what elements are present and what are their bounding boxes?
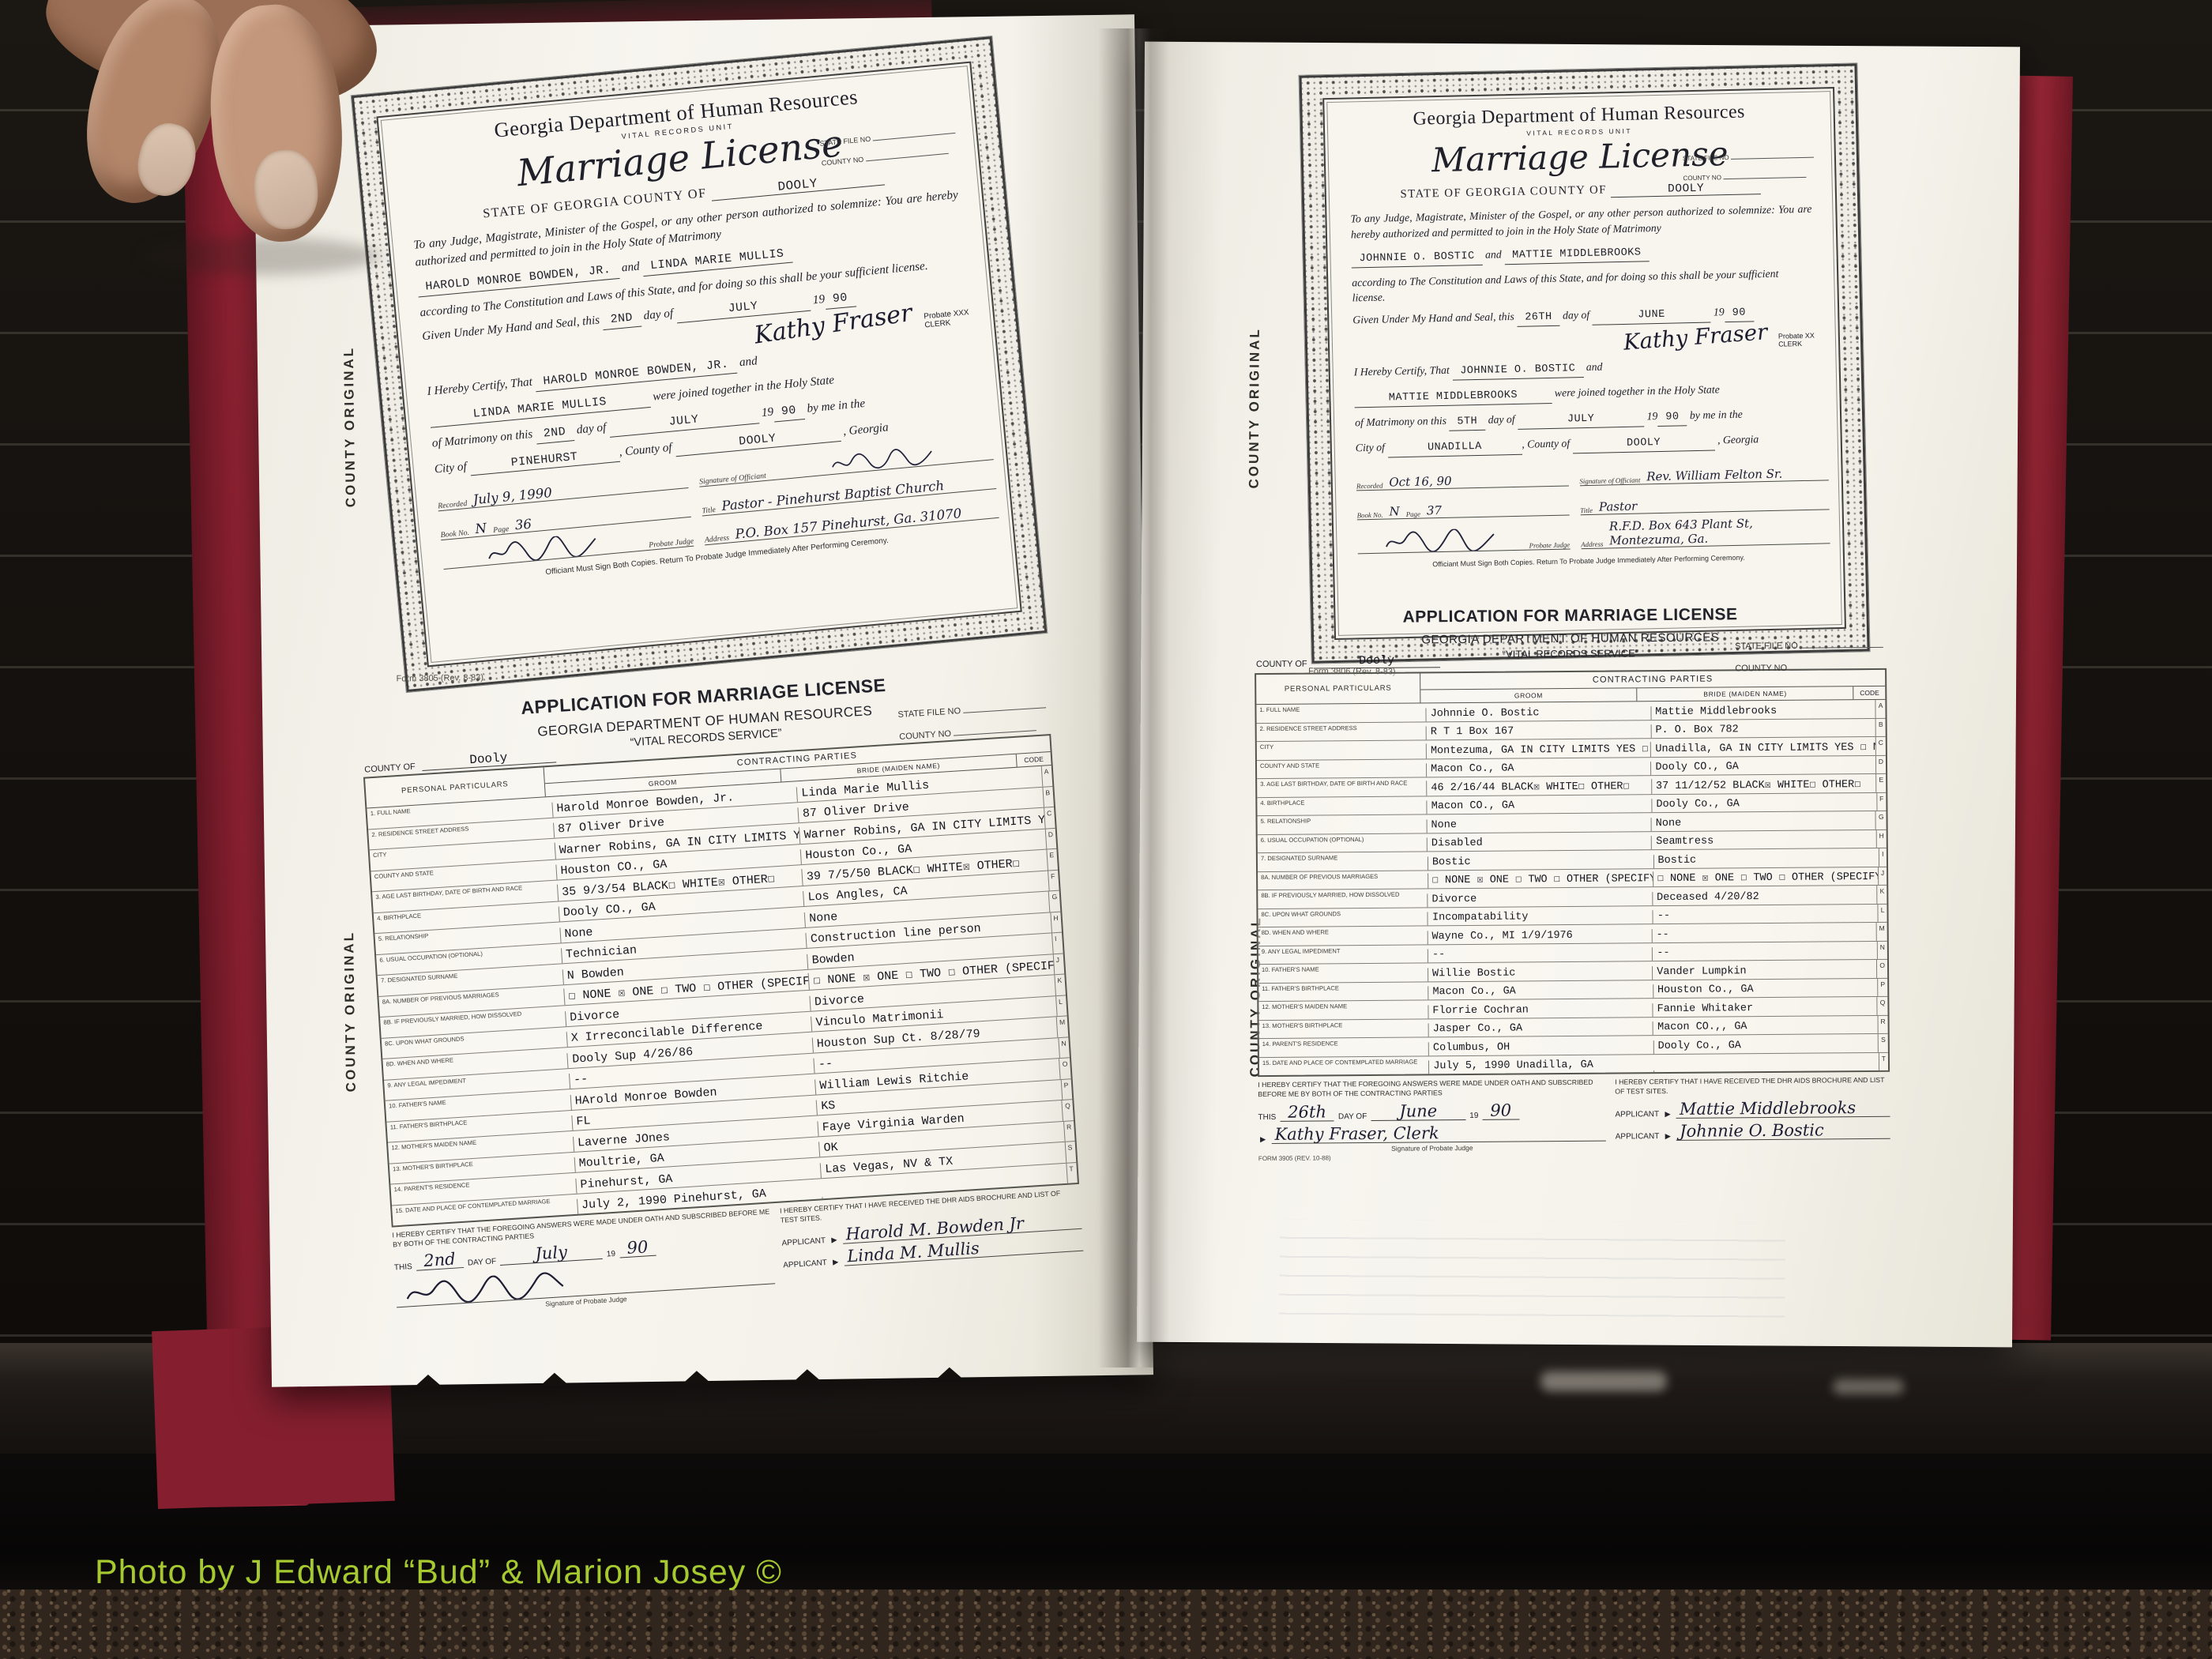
cell-code: D [1875,755,1886,773]
certify-oath-text: I HEREBY CERTIFY THAT THE FOREGOING ANSW… [392,1207,771,1250]
certificate-heading: Georgia Department of Human Resources [1348,100,1809,132]
officiant-title-value: Pastor [1599,498,1638,513]
cell-label: 12. MOTHER'S MAIDEN NAME [1258,1000,1428,1019]
cell-bride: 37 11/12/52 BLACK☒ WHITE☐ OTHER☐ [1651,777,1876,793]
clerk-signature: Kathy Fraser [1623,320,1768,355]
cell-bride: Seamtress [1651,834,1876,849]
form-table-row: 8A. NUMBER OF PREVIOUS MARRIAGES☐ NONE ☒… [1258,866,1887,890]
cell-bride: Vander Lumpkin [1652,964,1876,979]
applicant2-signature: Linda M. Mullis [847,1240,980,1265]
arrow-icon: ► [1663,1131,1672,1141]
cell-code: I [1051,933,1063,954]
cell-label: 5. RELATIONSHIP [374,923,560,954]
cell-groom: July 5, 1990 Unadilla, GA [1428,1059,1653,1074]
day-value: 26th [1280,1104,1334,1122]
state-county-label: STATE OF GEORGIA COUNTY OF [1400,183,1607,201]
torn-page-edge [935,1367,964,1380]
officiant-sig-label: Signature of Officiant [1579,476,1640,485]
this-label: THIS [394,1262,412,1272]
clerk-caption: Probate XXX CLERK [924,308,970,329]
cell-bride: Vinculo Matrimonii [811,1001,1056,1031]
form-table-row: 2. RESIDENCE STREET ADDRESSR T 1 Box 167… [1257,717,1886,741]
book-no-label: Book No. [1357,510,1383,519]
cell-groom: Divorce [1427,892,1652,907]
cell-code: A [1875,700,1886,718]
cell-label: 8A. NUMBER OF PREVIOUS MARRIAGES [1258,871,1428,890]
and-label: and [621,260,640,275]
cell-label: 13. MOTHER'S BIRTHPLACE [389,1152,575,1183]
title-label: Title [702,506,716,516]
cell-groom: FL [571,1100,817,1130]
marriage-month: JULY [608,406,759,437]
applicant-line-2: APPLICANT ► Linda M. Mullis [782,1233,1083,1270]
application-table: PERSONAL PARTICULARS CONTRACTING PARTIES… [363,734,1079,1228]
state-county-label: STATE OF GEORGIA COUNTY OF [482,185,707,220]
and-label: and [1485,248,1502,260]
cell-groom: HArold Monroe Bowden [570,1079,815,1109]
joined-label: were joined together in the Holy State [653,373,835,403]
cell-bride: -- [814,1043,1059,1073]
year-value: 90 [1482,1102,1519,1119]
form-table-row: 11. FATHER'S BIRTHPLACEMacon Co., GAHous… [1258,977,1887,1001]
marriage-application-left: APPLICATION FOR MARRIAGE LICENSE GEORGIA… [359,664,1087,1360]
personal-particulars-header: PERSONAL PARTICULARS [1256,673,1420,704]
arrow-icon: ► [829,1235,840,1245]
cell-bride: Dooly Co., GA [1651,797,1876,812]
cell-bride: Dooly CO., GA [1650,760,1875,775]
cell-code: T [1066,1163,1078,1183]
state-county-line: STATE OF GEORGIA COUNTY OF DOOLY [411,162,957,229]
cell-label: 2. RESIDENCE STREET ADDRESS [1257,722,1426,741]
given-day: 26TH [1517,310,1560,327]
cell-label: 10. FATHER'S NAME [1258,963,1428,982]
matrimony-prefix: of Matrimony on this [1355,415,1446,429]
cell-code: M [1056,1016,1069,1036]
certification-block: I HEREBY CERTIFY THAT THE FOREGOING ANSW… [392,1188,1085,1317]
hand-holding-page [47,0,490,292]
cell-bride: Los Angles, CA [803,876,1048,906]
applicant-label: APPLICANT [1615,1110,1659,1119]
cell-label: 12. MOTHER'S MAIDEN NAME [388,1131,574,1163]
marriage-license-certificate-right: Georgia Department of Human Resources VI… [1300,63,1870,663]
state-file-no-label: STATE FILE NO [1683,154,1729,162]
county-value: Dooly [1313,653,1439,668]
cell-code: S [1064,1142,1076,1162]
cell-groom: Pinehurst, GA [575,1163,821,1193]
cell-code: J [1878,867,1887,885]
address-label: Address [1581,540,1603,548]
form-table-row: COUNTY AND STATEMacon Co., GADooly CO., … [1257,754,1886,778]
certify-groom: HAROLD MONROE BOWDEN, JR. [535,356,738,392]
cell-label: 10. FATHER'S NAME [386,1089,571,1121]
city-of-label: City of [1356,442,1385,454]
cell-bride: Unadilla, GA IN CITY LIMITS YES ☐ NO ☐ [1650,739,1875,756]
cell-groom: -- [569,1059,814,1089]
cell-groom: R T 1 Box 167 [1426,724,1651,739]
given-prefix: Given Under My Hand and Seal, this [1352,310,1514,325]
county-of-label: COUNTY OF [364,762,416,775]
form-table-row: 7. DESIGNATED SURNAMEN BowdenBowdenI [378,932,1063,996]
cell-label: 8D. WHEN AND WHERE [382,1048,568,1079]
given-year: 90 [1725,307,1755,323]
page-label: Page [1406,510,1420,517]
cell-code: I [1879,848,1887,867]
arrow-icon: ► [830,1257,841,1267]
form-table-row: 11. FATHER'S BIRTHPLACEFLKSP [386,1078,1072,1142]
form-table-row: 1. FULL NAMEHarold Monroe Bowden, Jr.Lin… [367,766,1052,829]
clerk-signature: Kathy Fraser, Clerk [1274,1125,1439,1143]
application-file-block: STATE FILE NO COUNTY NO [1735,628,1883,673]
cell-code: B [1875,718,1886,736]
cell-code: B [1042,786,1054,807]
cell-code: R [1063,1121,1075,1142]
given-month: JULY [675,294,811,323]
joined-label: were joined together in the Holy State [1555,383,1720,399]
blank-line [865,145,949,162]
probate-judge-signature-scribble [398,1270,574,1307]
cell-bride: William Lewis Ritchie [814,1064,1060,1094]
cell-bride: OK [818,1127,1064,1157]
certify-line-1: I Hereby Certify, That JOHNNIE O. BOSTIC… [1354,355,1815,383]
cell-label: 8C. UPON WHAT GROUNDS [382,1027,567,1059]
clerk-caption: Probate XX CLERK [1778,332,1815,348]
cell-label: 4. BIRTHPLACE [1257,796,1426,815]
given-day: 2ND [602,310,641,330]
according-line: according to The Constitution and Laws o… [419,254,965,321]
matrimony-prefix: of Matrimony on this [431,427,533,450]
cell-groom: -- [1428,947,1653,962]
month-value: July [499,1242,603,1266]
form-table-row: 1. FULL NAMEJohnnie O. BosticMattie Midd… [1256,700,1885,723]
form-table-row: 12. MOTHER'S MAIDEN NAMEFlorrie CochranF… [1258,996,1887,1020]
state-county-line: STATE OF GEORGIA COUNTY OF DOOLY [1350,179,1811,204]
certification-block: I HEREBY CERTIFY THAT THE FOREGOING ANSW… [1258,1076,1890,1162]
groom-column-header: GROOM [1420,688,1636,702]
cell-label: 15. DATE AND PLACE OF CONTEMPLATED MARRI… [392,1194,577,1225]
cell-label: 8B. IF PREVIOUSLY MARRIED, HOW DISSOLVED [380,1006,566,1037]
cell-bride: Fannie Whitaker [1653,1001,1877,1016]
cell-label: 8D. WHEN AND WHERE [1258,926,1428,945]
cell-groom: Jasper Co., GA [1428,1021,1653,1036]
cell-bride: -- [1653,908,1878,924]
cell-code: P [1877,978,1887,996]
cell-label: 6. USUAL OCCUPATION (OPTIONAL) [1258,833,1427,852]
form-table-row: 8B. IF PREVIOUSLY MARRIED, HOW DISSOLVED… [1258,885,1887,908]
officiant-signature-scribble [771,439,994,480]
contracting-parties-header: CONTRACTING PARTIES [544,735,1050,784]
cell-label: 15. DATE AND PLACE OF CONTEMPLATED MARRI… [1259,1056,1428,1075]
matrimony-line: of Matrimony on this 5TH day of JULY 199… [1355,405,1816,434]
officiant-address-value: R.F.D. Box 643 Plant St, Montezuma, Ga. [1609,514,1830,547]
day-of-label: DAY OF [468,1257,497,1267]
georgia-label: , Georgia [842,420,889,438]
cell-bride: 39 7/5/50 BLACK☐ WHITE☒ OTHER☐ [801,853,1047,885]
title-label: Title [1580,506,1593,514]
cell-bride: KS [816,1085,1062,1115]
cell-bride [822,1182,1067,1198]
bride-column-header: BRIDE (MAIDEN NAME) [780,754,1016,782]
city-of-label: City of [434,459,467,476]
form-table-row: 8C. UPON WHAT GROUNDSIncompatability--L [1258,903,1887,927]
year-value: 90 [619,1238,656,1258]
county-original-label: COUNTY ORIGINAL [1247,327,1263,488]
cell-code: H [1876,829,1887,848]
clerk-label: CLERK [924,318,951,329]
cell-code: L [1878,904,1887,922]
application-table: PERSONAL PARTICULARS CONTRACTING PARTIES… [1255,668,1890,1077]
probate-signature-caption: Signature of Probate Judge [1258,1142,1606,1153]
given-line: Given Under My Hand and Seal, this 2ND d… [421,278,967,348]
cell-bride: Mattie Middlebrooks [1650,704,1875,719]
bride-column-header: BRIDE (MAIDEN NAME) [1636,687,1853,701]
county-of-label: COUNTY OF [1256,660,1307,670]
cell-groom: 46 2/16/44 BLACK☒ WHITE☐ OTHER☐ [1426,779,1651,796]
county-no-label: COUNTY NO [899,729,951,742]
groom-column-header: GROOM [545,769,781,797]
code-column-header: CODE [1016,752,1051,767]
county-of-label: County of [1527,437,1570,450]
state-file-no-label: STATE FILE NO [897,706,961,720]
file-number-block: STATE FILE NO COUNTY NO [1682,140,1814,182]
form-table-row: 14. PARENT'S RESIDENCEColumbus, OHDooly … [1259,1033,1888,1057]
cell-groom: Dooly Sup 4/26/86 [567,1037,813,1067]
cell-code: L [1055,995,1067,1016]
authorization-paragraph: To any Judge, Magistrate, Minister of th… [1350,201,1812,243]
georgia-label: , Georgia [1717,433,1759,446]
cell-label: 1. FULL NAME [1256,703,1425,722]
code-column-header: CODE [1853,687,1886,699]
form-table-row: 9. ANY LEGAL IMPEDIMENT----N [1258,940,1887,964]
certificate-bottom-grid: Recorded Oct 16, 90 Signature of Officia… [1356,456,1819,554]
cell-label: COUNTY AND STATE [371,860,556,891]
shelf-scuff-mark [1540,1371,1667,1391]
county-no-label: COUNTY NO [1735,664,1787,674]
cell-bride: Warner Robins, GA IN CITY LIMITS YES ☐ N… [799,811,1044,843]
day-of-label: day of [1488,413,1514,426]
form-table-row: CITYMontezuma, GA IN CITY LIMITS YES ☐ N… [1257,736,1886,760]
cell-code: N [1877,941,1887,959]
cell-groom: Dooly CO., GA [558,891,803,921]
cell-groom: Moultrie, GA [574,1142,819,1172]
cell-bride: Bostic [1653,852,1879,867]
torn-page-edge [793,1369,822,1382]
blank-line [1723,169,1806,179]
cell-label: COUNTY AND STATE [1257,759,1426,778]
cell-groom: Johnnie O. Bostic [1426,706,1651,721]
applicant1-signature: Mattie Middlebrooks [1680,1100,1856,1118]
cell-bride: None [1651,815,1875,830]
cell-bride: Faye Virginia Warden [817,1106,1063,1136]
year-prefix: 19 [1646,410,1657,422]
year-prefix: 19 [1714,307,1725,318]
cell-label: 5. RELATIONSHIP [1258,814,1427,833]
certify-aids-text: I HEREBY CERTIFY THAT I HAVE RECEIVED TH… [780,1188,1081,1226]
form-table-row: 8D. WHEN AND WHEREDooly Sup 4/26/86Houst… [382,1015,1068,1079]
book-value: N [475,521,487,536]
applicant-line-1: APPLICANT ► Harold M. Bowden Jr [781,1212,1082,1248]
cell-label: CITY [370,839,555,871]
page-label: Page [493,525,510,536]
cell-code: Q [1062,1100,1074,1120]
carpet-floor [0,1589,2212,1659]
marriage-day: 5TH [1449,415,1485,431]
cell-bride: Dooly Co., GA [1653,1038,1879,1053]
clerk-label: CLERK [1778,340,1802,348]
names-line: HAROLD MONROE BOWDEN, JR. and LINDA MARI… [417,228,963,298]
form-table-row: 2. RESIDENCE STREET ADDRESS87 Oliver Dri… [368,785,1054,849]
by-me-label: by me in the [1690,408,1743,421]
cell-label: 3. AGE LAST BIRTHDAY, DATE OF BIRTH AND … [372,881,558,912]
certify-groom: JOHNNIE O. BOSTIC [1452,362,1583,381]
probate-signature-caption: Signature of Probate Judge [397,1285,775,1317]
cell-groom: Florrie Cochran [1428,1003,1652,1018]
bride-name: MATTIE MIDDLEBROOKS [1504,246,1650,265]
form-table-row: 3. AGE LAST BIRTHDAY, DATE OF BIRTH AND … [372,848,1058,912]
cell-code: S [1878,1034,1888,1052]
contracting-parties-header: CONTRACTING PARTIES [1420,670,1885,690]
bleed-through-ghost [1279,1220,1785,1318]
probate-judge-label: Probate Judge [1529,540,1570,549]
cell-groom: Harold Monroe Bowden, Jr. [551,787,797,817]
form-table-row: 9. ANY LEGAL IMPEDIMENT----N [384,1036,1070,1100]
right-book-page[interactable]: COUNTY ORIGINAL Georgia Department of Hu… [1137,42,2020,1348]
and-label: and [739,354,758,369]
cell-label: 8C. UPON WHAT GROUNDS [1258,908,1428,927]
cell-code: G [1048,891,1060,912]
cell-bride: Houston Sup Ct. 8/28/79 [811,1022,1057,1052]
cell-bride: Construction line person [806,917,1051,947]
cell-code: R [1877,1015,1887,1033]
cell-label: 7. DESIGNATED SURNAME [1258,852,1428,871]
cell-bride: Linda Marie Mullis [796,771,1042,801]
day-of-label: day of [643,307,674,322]
form-table-row: 12. MOTHER'S MAIDEN NAMELaverne JOnesFay… [388,1099,1074,1163]
page-value: 36 [514,517,532,533]
cell-groom: Wayne Co., MI 1/9/1976 [1427,929,1651,944]
certify-aids-text: I HEREBY CERTIFY THAT I HAVE RECEIVED TH… [1615,1076,1890,1097]
form-table-row: 13. MOTHER'S BIRTHPLACEJasper Co., GAMac… [1259,1014,1888,1038]
given-year: 90 [824,290,856,310]
cell-groom: None [559,912,805,942]
arrow-icon: ► [1258,1134,1268,1144]
probate-note: Probate XX [1778,332,1815,340]
form-table-row: 6. USUAL OCCUPATION (OPTIONAL)Technician… [376,911,1062,975]
form-table-row: CITYWarner Robins, GA IN CITY LIMITS YES… [370,807,1055,871]
form-table-row: 13. MOTHER'S BIRTHPLACEMoultrie, GAOKR [389,1120,1075,1184]
cell-code: M [1876,923,1887,941]
cell-label: 8B. IF PREVIOUSLY MARRIED, HOW DISSOLVED [1258,889,1427,908]
city-county-line: City of PINEHURST, County of DOOLY , Geo… [434,410,980,480]
file-number-block: STATE FILE NO COUNTY NO [818,115,957,167]
form-table-row: 14. PARENT'S RESIDENCEPinehurst, GALas V… [390,1141,1076,1205]
cell-label: 1. FULL NAME [367,797,552,829]
month-value: June [1371,1103,1465,1121]
table-body: 1. FULL NAMEHarold Monroe Bowden, Jr.Lin… [367,766,1078,1225]
matrimony-line: of Matrimony on this 2ND day of JULY 199… [431,385,977,454]
certify-prefix: I Hereby Certify, That [427,375,533,398]
officiant-sig-label: Signature of Officiant [699,472,767,487]
certificate-form-number: Form 3806 (Rev. 8-83) [1308,667,1396,677]
form-table-row: 5. RELATIONSHIPNoneNoneG [1258,811,1887,834]
cell-code: E [1875,774,1886,792]
blank-line [872,125,956,141]
cell-label: 8A. NUMBER OF PREVIOUS MARRIAGES [378,985,564,1017]
cell-label: 11. FATHER'S BIRTHPLACE [1258,982,1428,1001]
cell-bride: 87 Oliver Drive [798,792,1044,822]
cell-bride: P. O. Box 782 [1650,723,1875,738]
marriage-day: 2ND [535,423,574,444]
form-table-row: 8D. WHEN AND WHEREWayne Co., MI 1/9/1976… [1258,922,1887,946]
county-value: Dooly [421,747,556,771]
torn-page-edge [540,1372,569,1386]
blank-line [1789,661,1872,671]
year-prefix: 19 [761,404,774,419]
cell-bride: Houston Co., GA [1653,983,1878,998]
cell-groom: Macon Co., GA [1426,762,1651,777]
cell-code: P [1060,1079,1072,1100]
cell-code: H [1050,912,1062,932]
certificate-form-number: Form 3805 (Rev. 8-83) [396,673,483,684]
form-table-row: 8A. NUMBER OF PREVIOUS MARRIAGES☐ NONE ☒… [378,953,1064,1017]
form-table-row: 10. FATHER'S NAMEHArold Monroe BowdenWil… [386,1057,1071,1121]
cell-code: G [1875,811,1887,829]
cell-code: F [1876,792,1886,811]
cell-bride: ☐ NONE ☒ ONE ☐ TWO ☐ OTHER (SPECIFY) [808,957,1054,989]
clerk-signature-line: Kathy Fraser Probate XX CLERK [1353,322,1815,358]
cell-code: K [1877,886,1887,904]
officiant-address-value: P.O. Box 157 Pinehurst, Ga. 31070 [735,506,962,542]
clerk-signature: Kathy Fraser [753,299,914,350]
applicant1-signature: Harold M. Bowden Jr [845,1215,1025,1243]
day-of-label: DAY OF [1338,1112,1367,1121]
cell-code: C [1044,807,1055,828]
probate-judge-signature-scribble [1357,528,1523,554]
cell-groom: 87 Oliver Drive [553,807,799,837]
cell-label: 9. ANY LEGAL IMPEDIMENT [384,1069,570,1100]
blank-line [963,699,1046,713]
table-header: PERSONAL PARTICULARS CONTRACTING PARTIES… [365,735,1051,808]
day-value: 2nd [416,1251,465,1271]
application-dept: GEORGIA DEPARTMENT OF HUMAN RESOURCES [1255,630,1887,648]
cell-groom: Divorce [565,995,811,1025]
form-table-row: 4. BIRTHPLACEMacon CO., GADooly Co., GAF [1257,792,1886,815]
cell-label: 6. USUAL OCCUPATION (OPTIONAL) [376,943,562,975]
given-month: JUNE [1592,307,1710,325]
application-title: APPLICATION FOR MARRIAGE LICENSE [1254,604,1886,628]
cell-bride [1653,1069,1879,1072]
cell-code: A [1040,766,1052,786]
and-label: and [1586,361,1603,373]
cell-bride: Macon CO.,, GA [1653,1020,1878,1035]
officiant-signature: Rev. William Felton Sr. [1646,466,1782,483]
torn-page-edge [683,1371,711,1384]
book-value: N [1389,504,1400,518]
photo-scene: COUNTY ORIGINAL Georgia Department of Hu… [0,0,2212,1659]
arrow-icon: ► [1663,1109,1672,1119]
bride-name: LINDA MARIE MULLIS [642,246,793,276]
recorded-label: Recorded [1356,481,1383,490]
officiant-title-value: Pastor - Pinehurst Baptist Church [721,479,945,514]
cell-label: 13. MOTHER'S BIRTHPLACE [1259,1019,1428,1038]
cell-groom: July 2, 1990 Pinehurst, GA [577,1183,822,1213]
city-value: UNADILLA [1387,439,1522,458]
cell-groom: 35 9/3/54 BLACK☐ WHITE☒ OTHER☐ [557,869,803,901]
given-line: Given Under My Hand and Seal, this 26TH … [1352,303,1814,331]
certificate-footer-note: Officiant Must Sign Both Copies. Return … [1358,551,1819,570]
application-form-number: FORM 3905 (REV. 10-88) [1258,1152,1606,1161]
applicant-label: APPLICANT [1616,1132,1660,1141]
this-label: THIS [1258,1113,1276,1122]
